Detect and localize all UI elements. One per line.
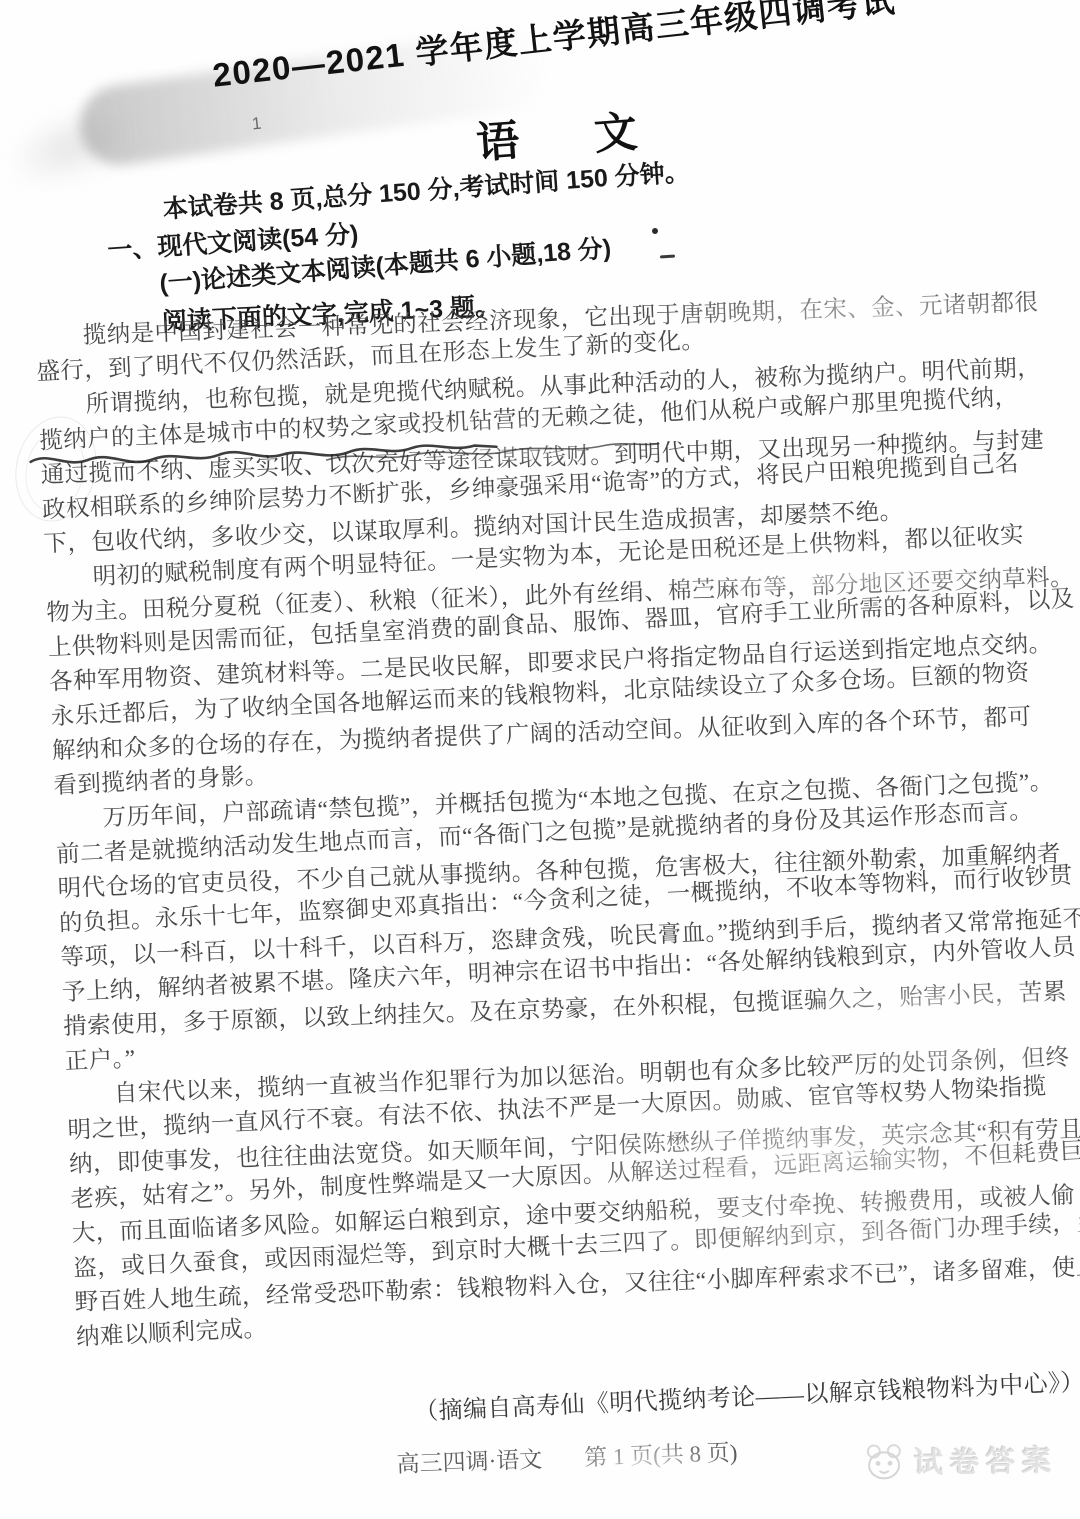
footer-course-label: 高三四调·语文 — [396, 1441, 543, 1479]
scan-smudge — [0, 92, 144, 202]
scanned-exam-page: 1 2020—2021 学年度上学期高三年级四调考试 语 文 本试卷共 8 页,… — [0, 0, 1080, 1519]
source-attribution: （摘编自高寿仙《明代揽纳考论——以解京钱粮物料为中心》） — [79, 1366, 1080, 1445]
panda-logo-icon — [862, 1442, 907, 1481]
watermark-text: 试卷答案 — [914, 1438, 1059, 1482]
watermark: 试卷答案 — [862, 1438, 1059, 1482]
exam-title: 2020—2021 学年度上学期高三年级四调考试 — [210, 0, 898, 97]
stray-mark: 1 — [251, 114, 263, 135]
footer-page-label: 第 1 页(共 8 页) — [584, 1434, 738, 1472]
page-footer: 高三四调·语文 第 1 页(共 8 页) — [396, 1434, 738, 1479]
